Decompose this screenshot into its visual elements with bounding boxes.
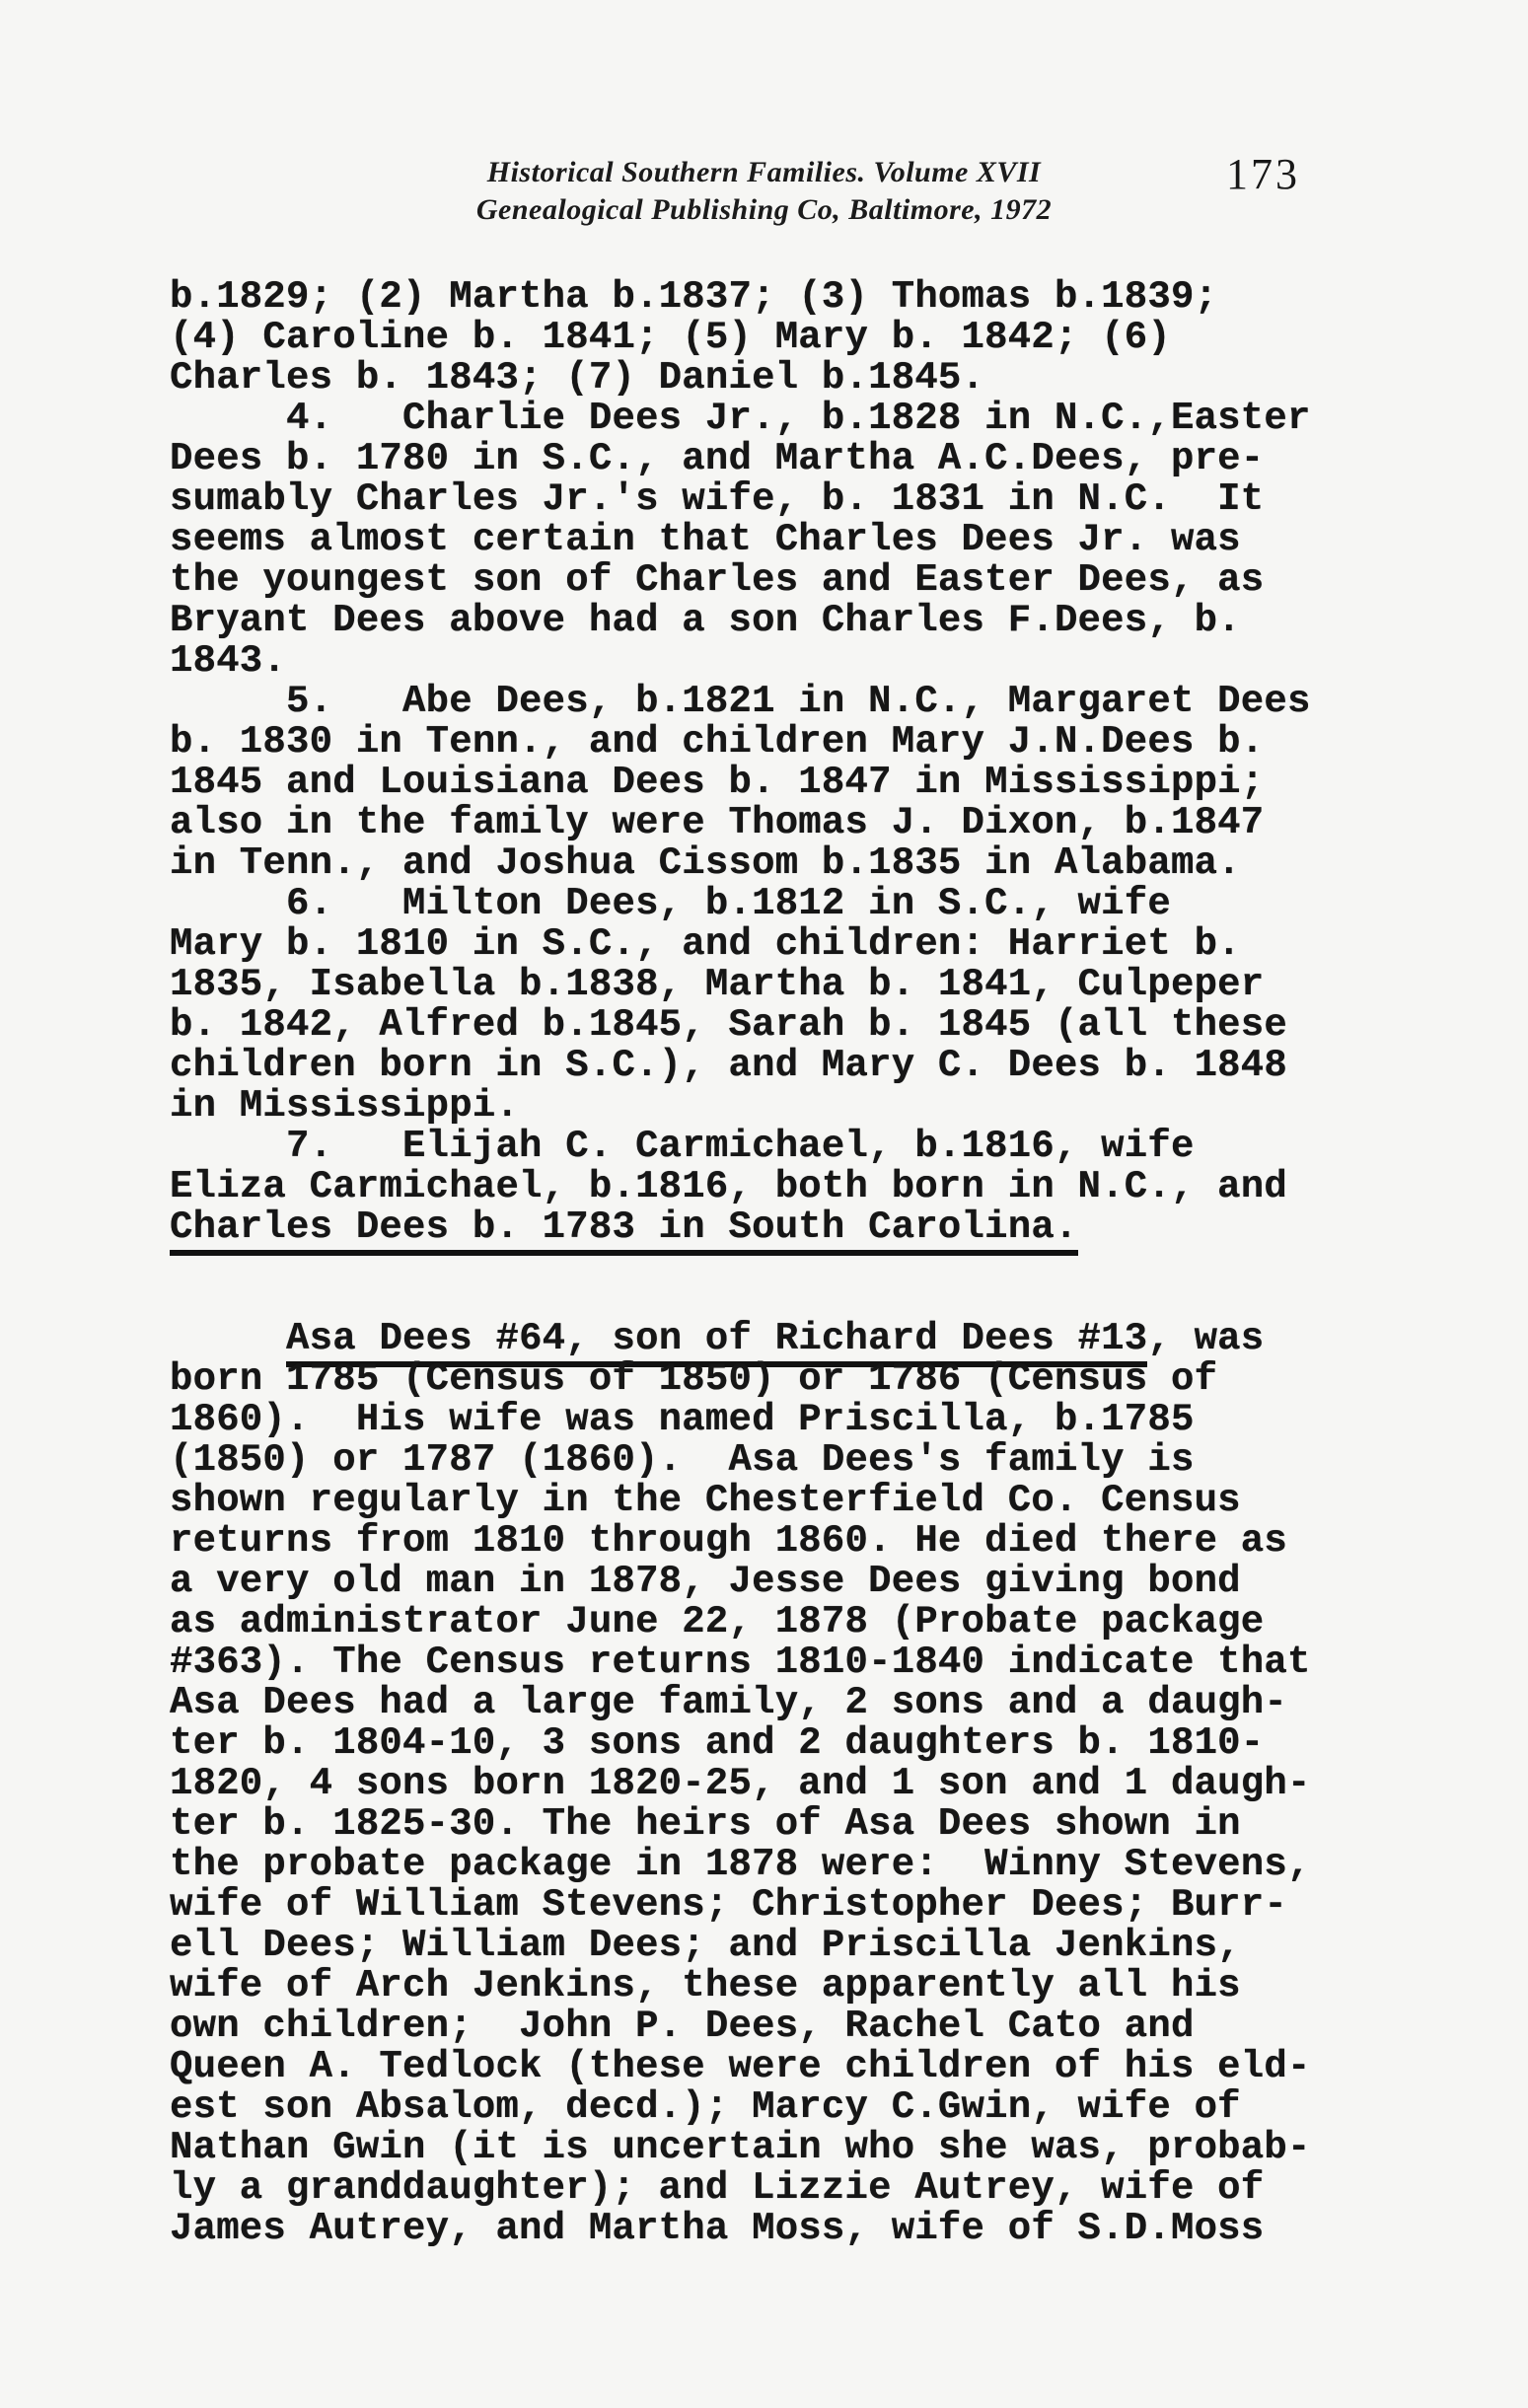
asa-dees-heading-tail: , was: [1147, 1317, 1264, 1360]
paragraph-indent: [170, 1317, 286, 1360]
paragraphs-numbered-entries: b.1829; (2) Martha b.1837; (3) Thomas b.…: [170, 277, 1311, 1207]
charles-dees-underlined-text: Charles Dees b. 1783 in South Carolina.: [170, 1205, 1078, 1256]
page-number: 173: [1226, 152, 1300, 197]
asa-dees-paragraph-opening: Asa Dees #64, son of Richard Dees #13, w…: [170, 1319, 1264, 1359]
underlined-sentence-line: Charles Dees b. 1783 in South Carolina.: [170, 1207, 1078, 1248]
paragraph-asa-dees-body: born 1785 (Census of 1850) or 1786 (Cens…: [170, 1359, 1311, 2249]
scanned-page: Historical Southern Families. Volume XVI…: [0, 0, 1528, 2408]
